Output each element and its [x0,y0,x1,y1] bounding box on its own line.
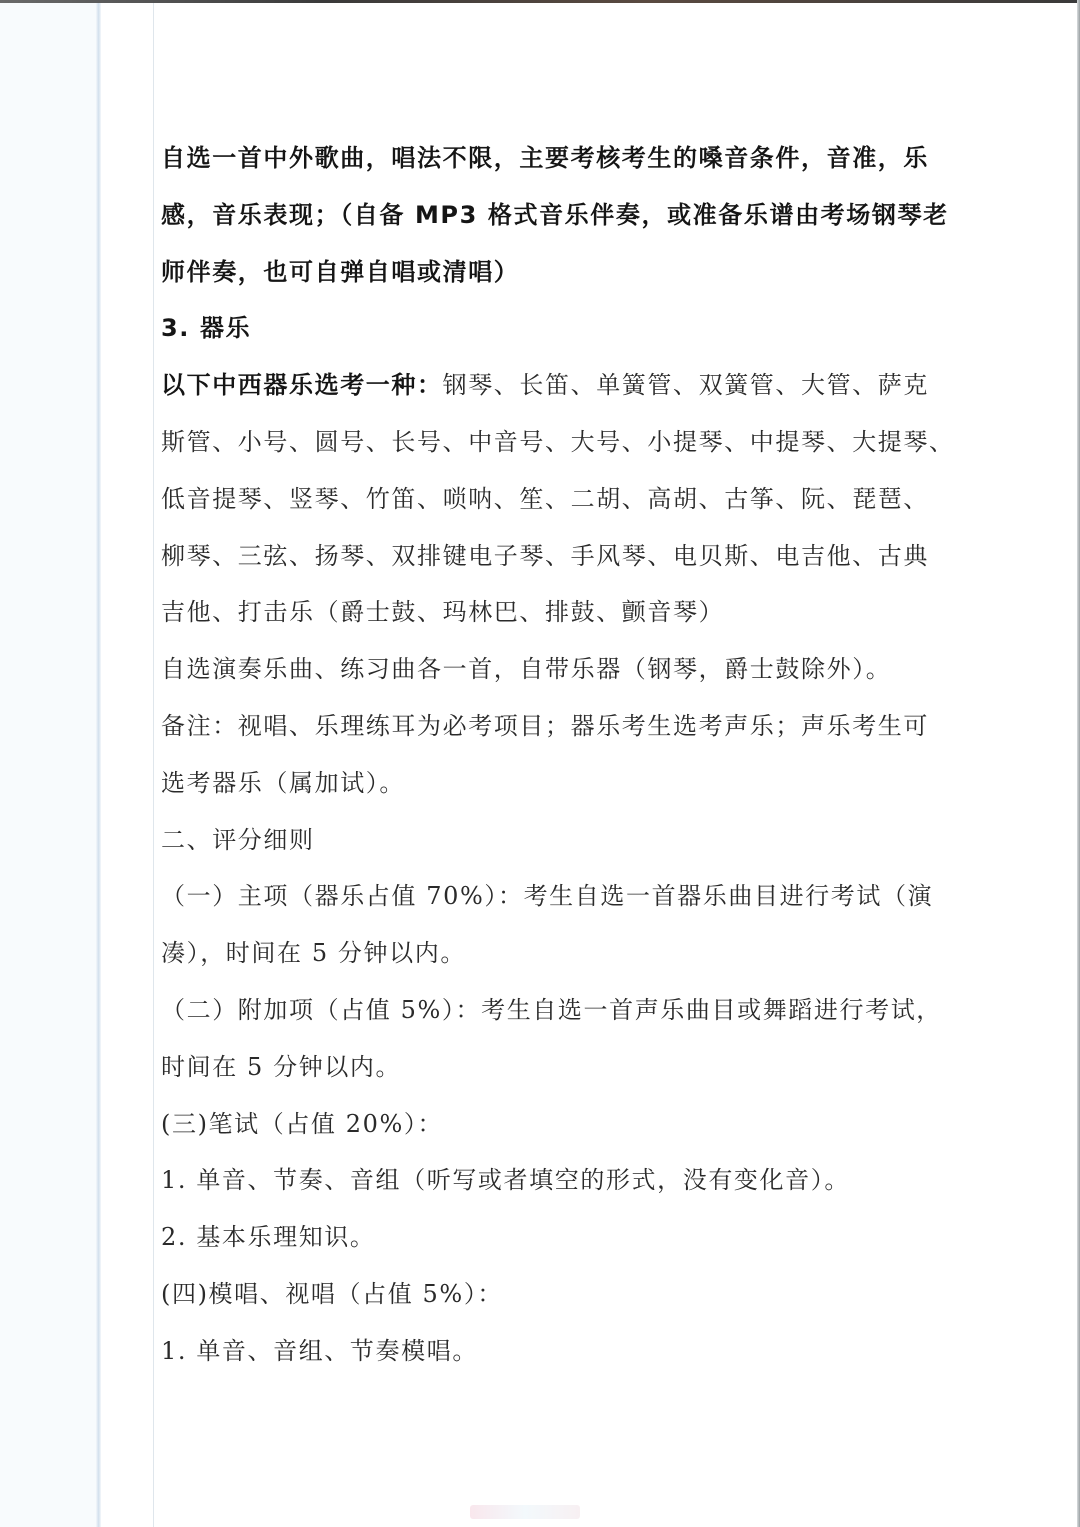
instrument-list-line-2: 斯管、小号、圆号、长号、中音号、大号、小提琴、中提琴、大提琴、 [161,414,921,471]
instrument-list-items: 钢琴、长笛、单簧管、双簧管、大管、萨克 [443,371,929,399]
scoring-sightsinging-item-1: 1. 单音、音组、节奏模唱。 [161,1323,921,1380]
instrument-list-line-1: 以下中西器乐选考一种：钢琴、长笛、单簧管、双簧管、大管、萨克 [161,357,921,414]
vocal-requirement-line-2: 感，音乐表现；（自备 MP3 格式音乐伴奏，或准备乐谱由考场钢琴老 [161,187,921,244]
scoring-main-line-1: （一）主项（器乐占值 70%）：考生自选一首器乐曲目进行考试（演 [161,868,921,925]
scoring-main-line-2: 凑），时间在 5 分钟以内。 [161,925,921,982]
scoring-additional-line-1: （二）附加项（占值 5%）：考生自选一首声乐曲目或舞蹈进行考试， [161,982,921,1039]
vocal-requirement-line-1: 自选一首中外歌曲，唱法不限，主要考核考生的嗓音条件，音准，乐 [161,130,921,187]
instrumental-requirement: 自选演奏乐曲、练习曲各一首，自带乐器（钢琴，爵士鼓除外）。 [161,641,921,698]
vocal-requirement-line-3: 师伴奏，也可自弹自唱或清唱） [161,244,921,301]
document-body: 自选一首中外歌曲，唱法不限，主要考核考生的嗓音条件，音准，乐 感，音乐表现；（自… [161,130,921,1380]
instrument-list-line-5: 吉他、打击乐（爵士鼓、玛林巴、排鼓、颤音琴） [161,584,921,641]
page-edge-line [153,3,154,1527]
instrument-list-intro: 以下中西器乐选考一种： [161,371,443,399]
scoring-written-item-1: 1. 单音、节奏、音组（听写或者填空的形式，没有变化音）。 [161,1152,921,1209]
instrument-list-line-4: 柳琴、三弦、扬琴、双排键电子琴、手风琴、电贝斯、电吉他、古典 [161,528,921,585]
scoring-written-item-2: 2. 基本乐理知识。 [161,1209,921,1266]
note-line-2: 选考器乐（属加试）。 [161,755,921,812]
scan-left-margin-tint [0,3,96,1527]
note-line-1: 备注：视唱、乐理练耳为必考项目；器乐考生选考声乐；声乐考生可 [161,698,921,755]
scoring-sightsinging-heading: (四)模唱、视唱（占值 5%）： [161,1266,921,1323]
instrument-list-line-3: 低音提琴、竖琴、竹笛、唢呐、笙、二胡、高胡、古筝、阮、琵琶、 [161,471,921,528]
faint-stamp-mark [470,1505,580,1519]
section-heading-scoring: 二、评分细则 [161,812,921,869]
scoring-additional-line-2: 时间在 5 分钟以内。 [161,1039,921,1096]
scan-top-border [0,0,1080,3]
scoring-written-heading: (三)笔试（占值 20%）： [161,1096,921,1153]
section-heading-instrumental: 3. 器乐 [161,300,921,357]
scan-fold-line [96,3,101,1527]
